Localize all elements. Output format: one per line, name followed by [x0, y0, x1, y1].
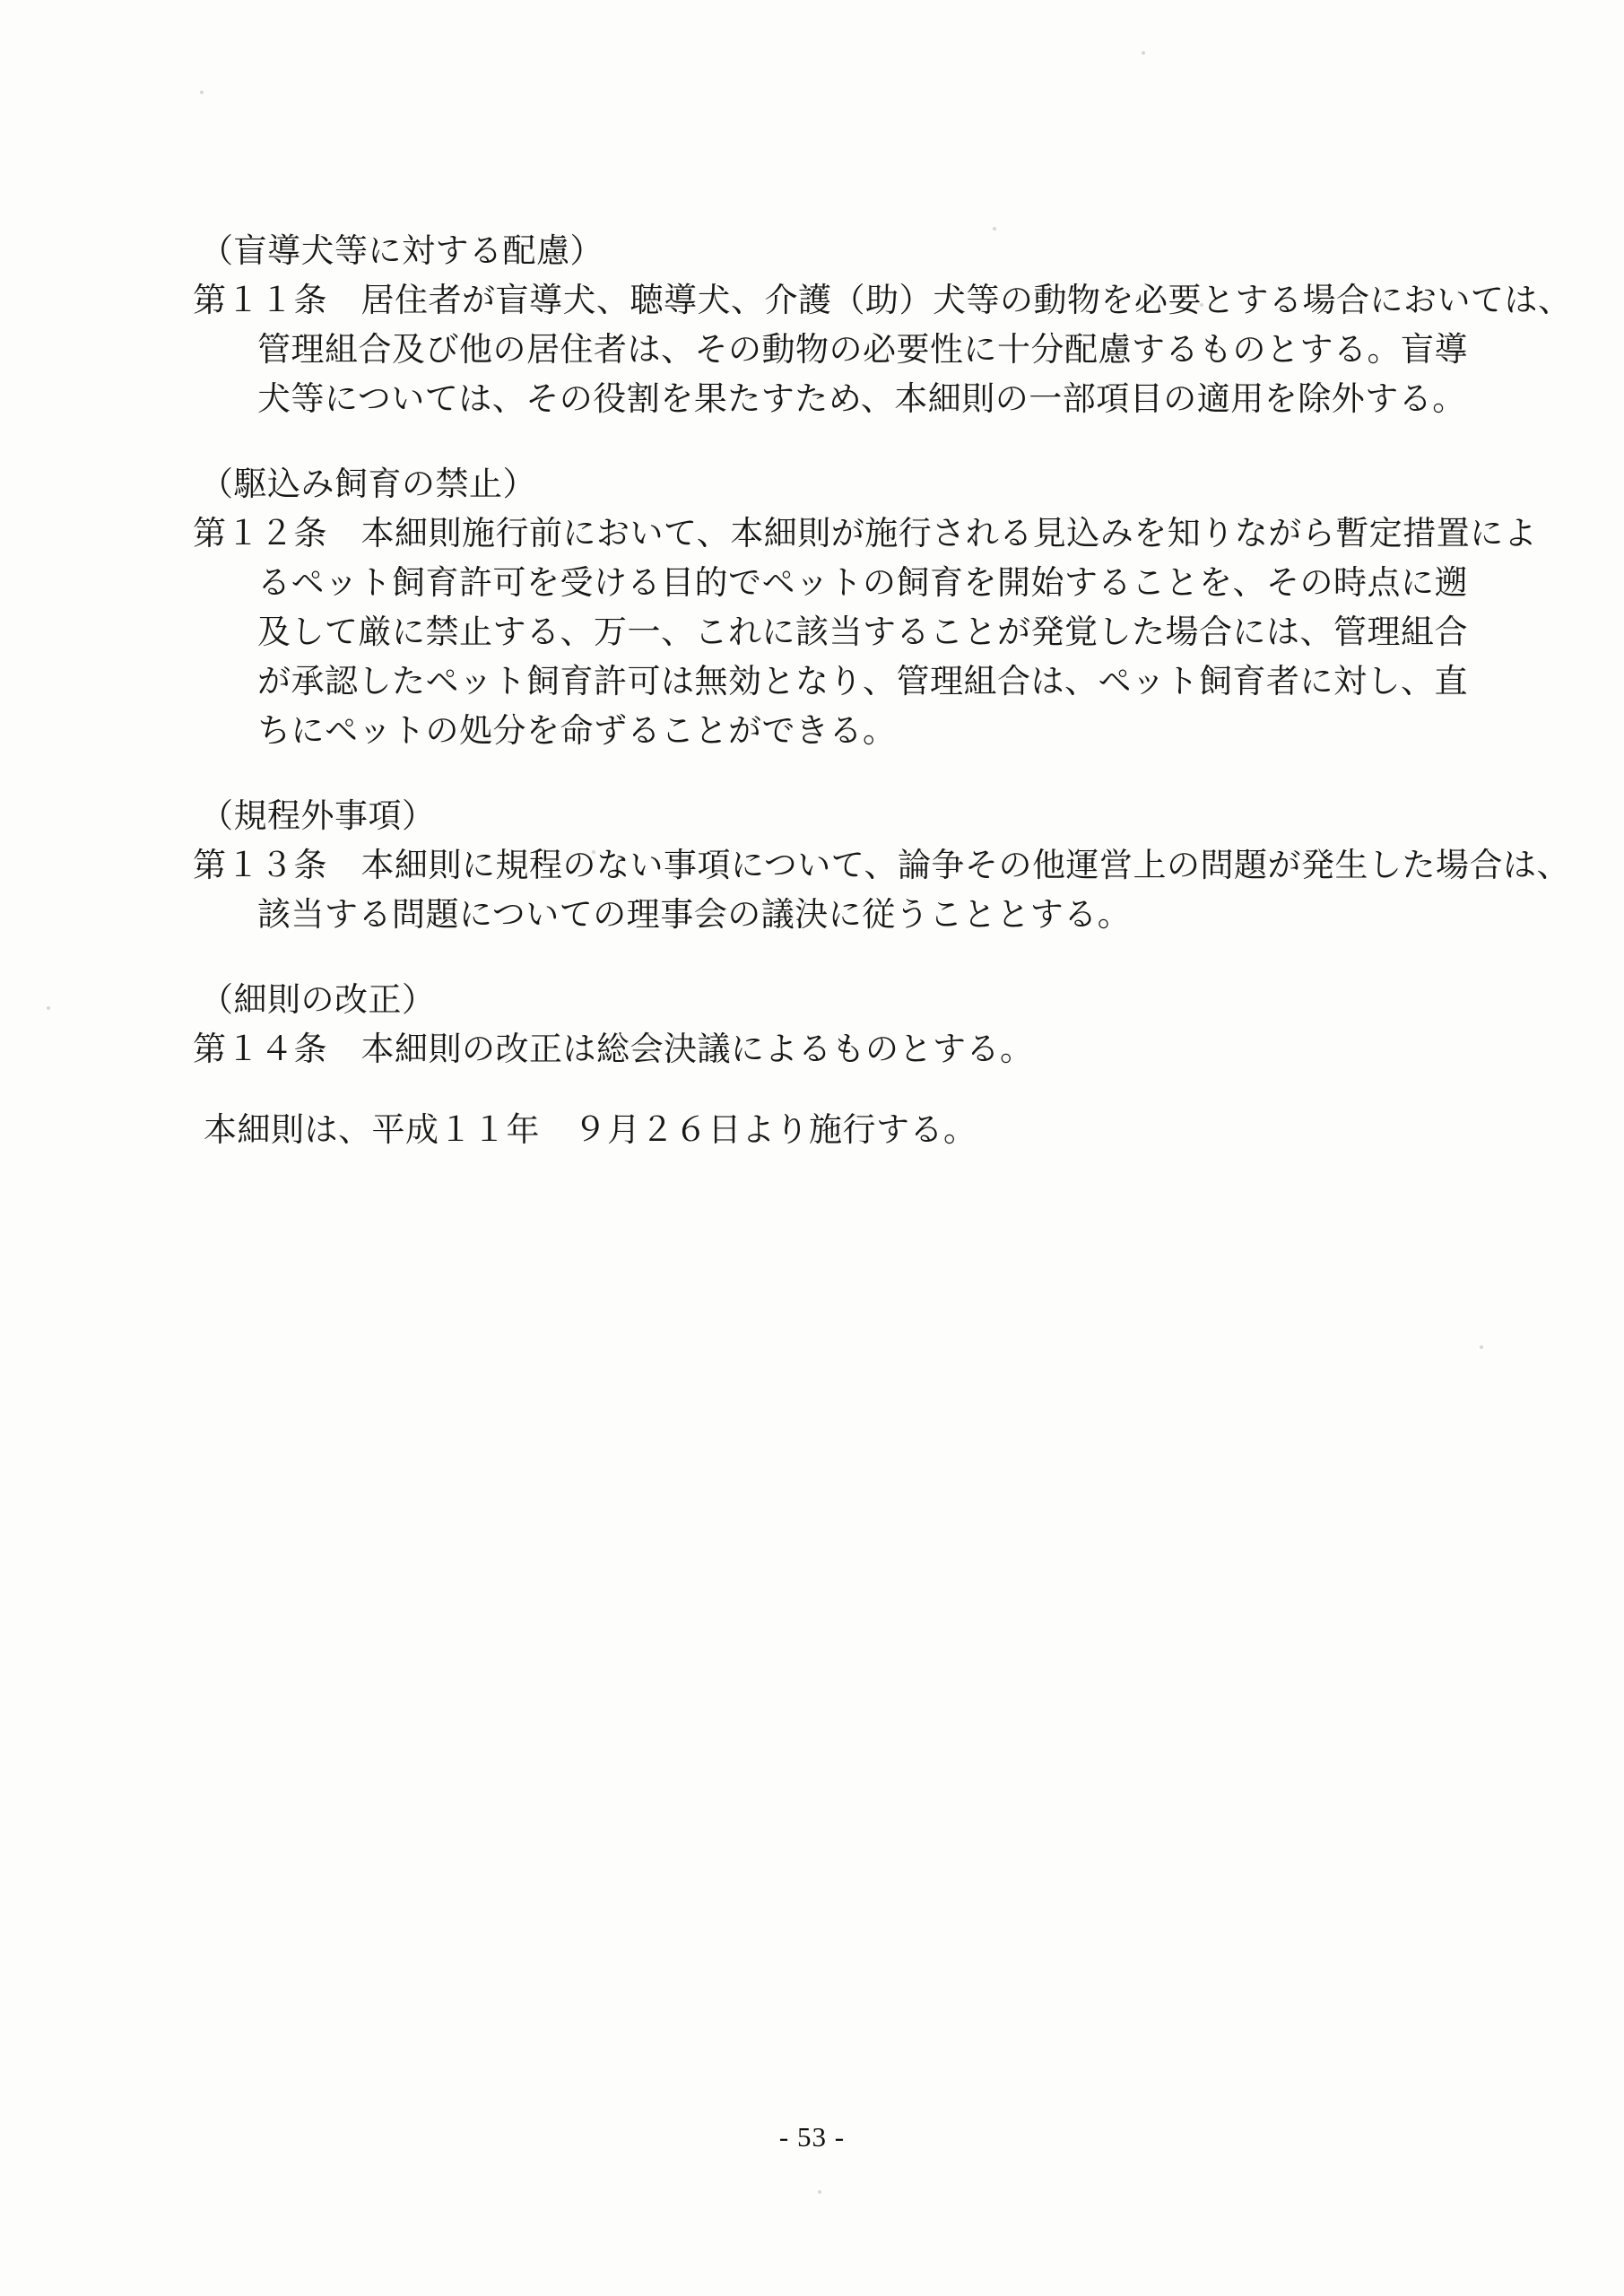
- article-13-line-2: 該当する問題についての理事会の議決に従うこととする。: [257, 890, 1502, 939]
- effective-date-line: 本細則は、平成１１年 ９月２６日より施行する。: [204, 1105, 1502, 1154]
- article-12-line-3: 及して厳に禁止する、万一、これに該当することが発覚した場合には、管理組合: [257, 607, 1502, 657]
- section-last-minute-keeping-ban: （駆込み飼育の禁止） 第１２条 本細則施行前において、本細則が施行される見込みを…: [193, 459, 1502, 755]
- article-11-line-2: 管理組合及び他の居住者は、その動物の必要性に十分配慮するものとする。盲導: [257, 325, 1502, 374]
- section-heading-matters-outside-rules: （規程外事項）: [200, 791, 1502, 840]
- scan-speck: [993, 227, 996, 230]
- scanned-document-page: （盲導犬等に対する配慮） 第１１条 居住者が盲導犬、聴導犬、介護（助）犬等の動物…: [0, 0, 1624, 2296]
- section-amendment: （細則の改正） 第１４条 本細則の改正は総会決議によるものとする。: [193, 975, 1502, 1074]
- section-matters-outside-rules: （規程外事項） 第１３条 本細則に規程のない事項について、論争その他運営上の問題…: [193, 791, 1502, 939]
- document-body: （盲導犬等に対する配慮） 第１１条 居住者が盲導犬、聴導犬、介護（助）犬等の動物…: [193, 226, 1502, 1154]
- article-12-line-5: ちにペットの処分を命ずることができる。: [257, 706, 1502, 755]
- scan-speck: [592, 850, 595, 854]
- scan-speck: [1200, 303, 1203, 307]
- scan-speck: [1480, 1345, 1483, 1349]
- section-guide-dogs: （盲導犬等に対する配慮） 第１１条 居住者が盲導犬、聴導犬、介護（助）犬等の動物…: [193, 226, 1502, 423]
- scan-speck: [200, 91, 204, 94]
- article-13-line-1: 第１３条 本細則に規程のない事項について、論争その他運営上の問題が発生した場合は…: [193, 840, 1502, 890]
- article-12-line-1: 第１２条 本細則施行前において、本細則が施行される見込みを知りながら暫定措置によ: [193, 509, 1502, 558]
- page-number: - 53 -: [0, 2121, 1624, 2153]
- scan-speck: [818, 2190, 821, 2194]
- article-11-line-3: 犬等については、その役割を果たすため、本細則の一部項目の適用を除外する。: [257, 374, 1502, 423]
- scan-speck: [1142, 51, 1145, 55]
- article-12-line-2: るペット飼育許可を受ける目的でペットの飼育を開始することを、その時点に遡: [257, 558, 1502, 607]
- section-heading-amendment: （細則の改正）: [200, 975, 1502, 1024]
- section-heading-guide-dogs: （盲導犬等に対する配慮）: [200, 226, 1502, 275]
- article-12-line-4: が承認したペット飼育許可は無効となり、管理組合は、ペット飼育者に対し、直: [257, 657, 1502, 706]
- article-14-line-1: 第１４条 本細則の改正は総会決議によるものとする。: [193, 1024, 1502, 1074]
- article-11-line-1: 第１１条 居住者が盲導犬、聴導犬、介護（助）犬等の動物を必要とする場合においては…: [193, 275, 1502, 325]
- scan-speck: [47, 1006, 50, 1010]
- section-heading-last-minute-keeping-ban: （駆込み飼育の禁止）: [200, 459, 1502, 509]
